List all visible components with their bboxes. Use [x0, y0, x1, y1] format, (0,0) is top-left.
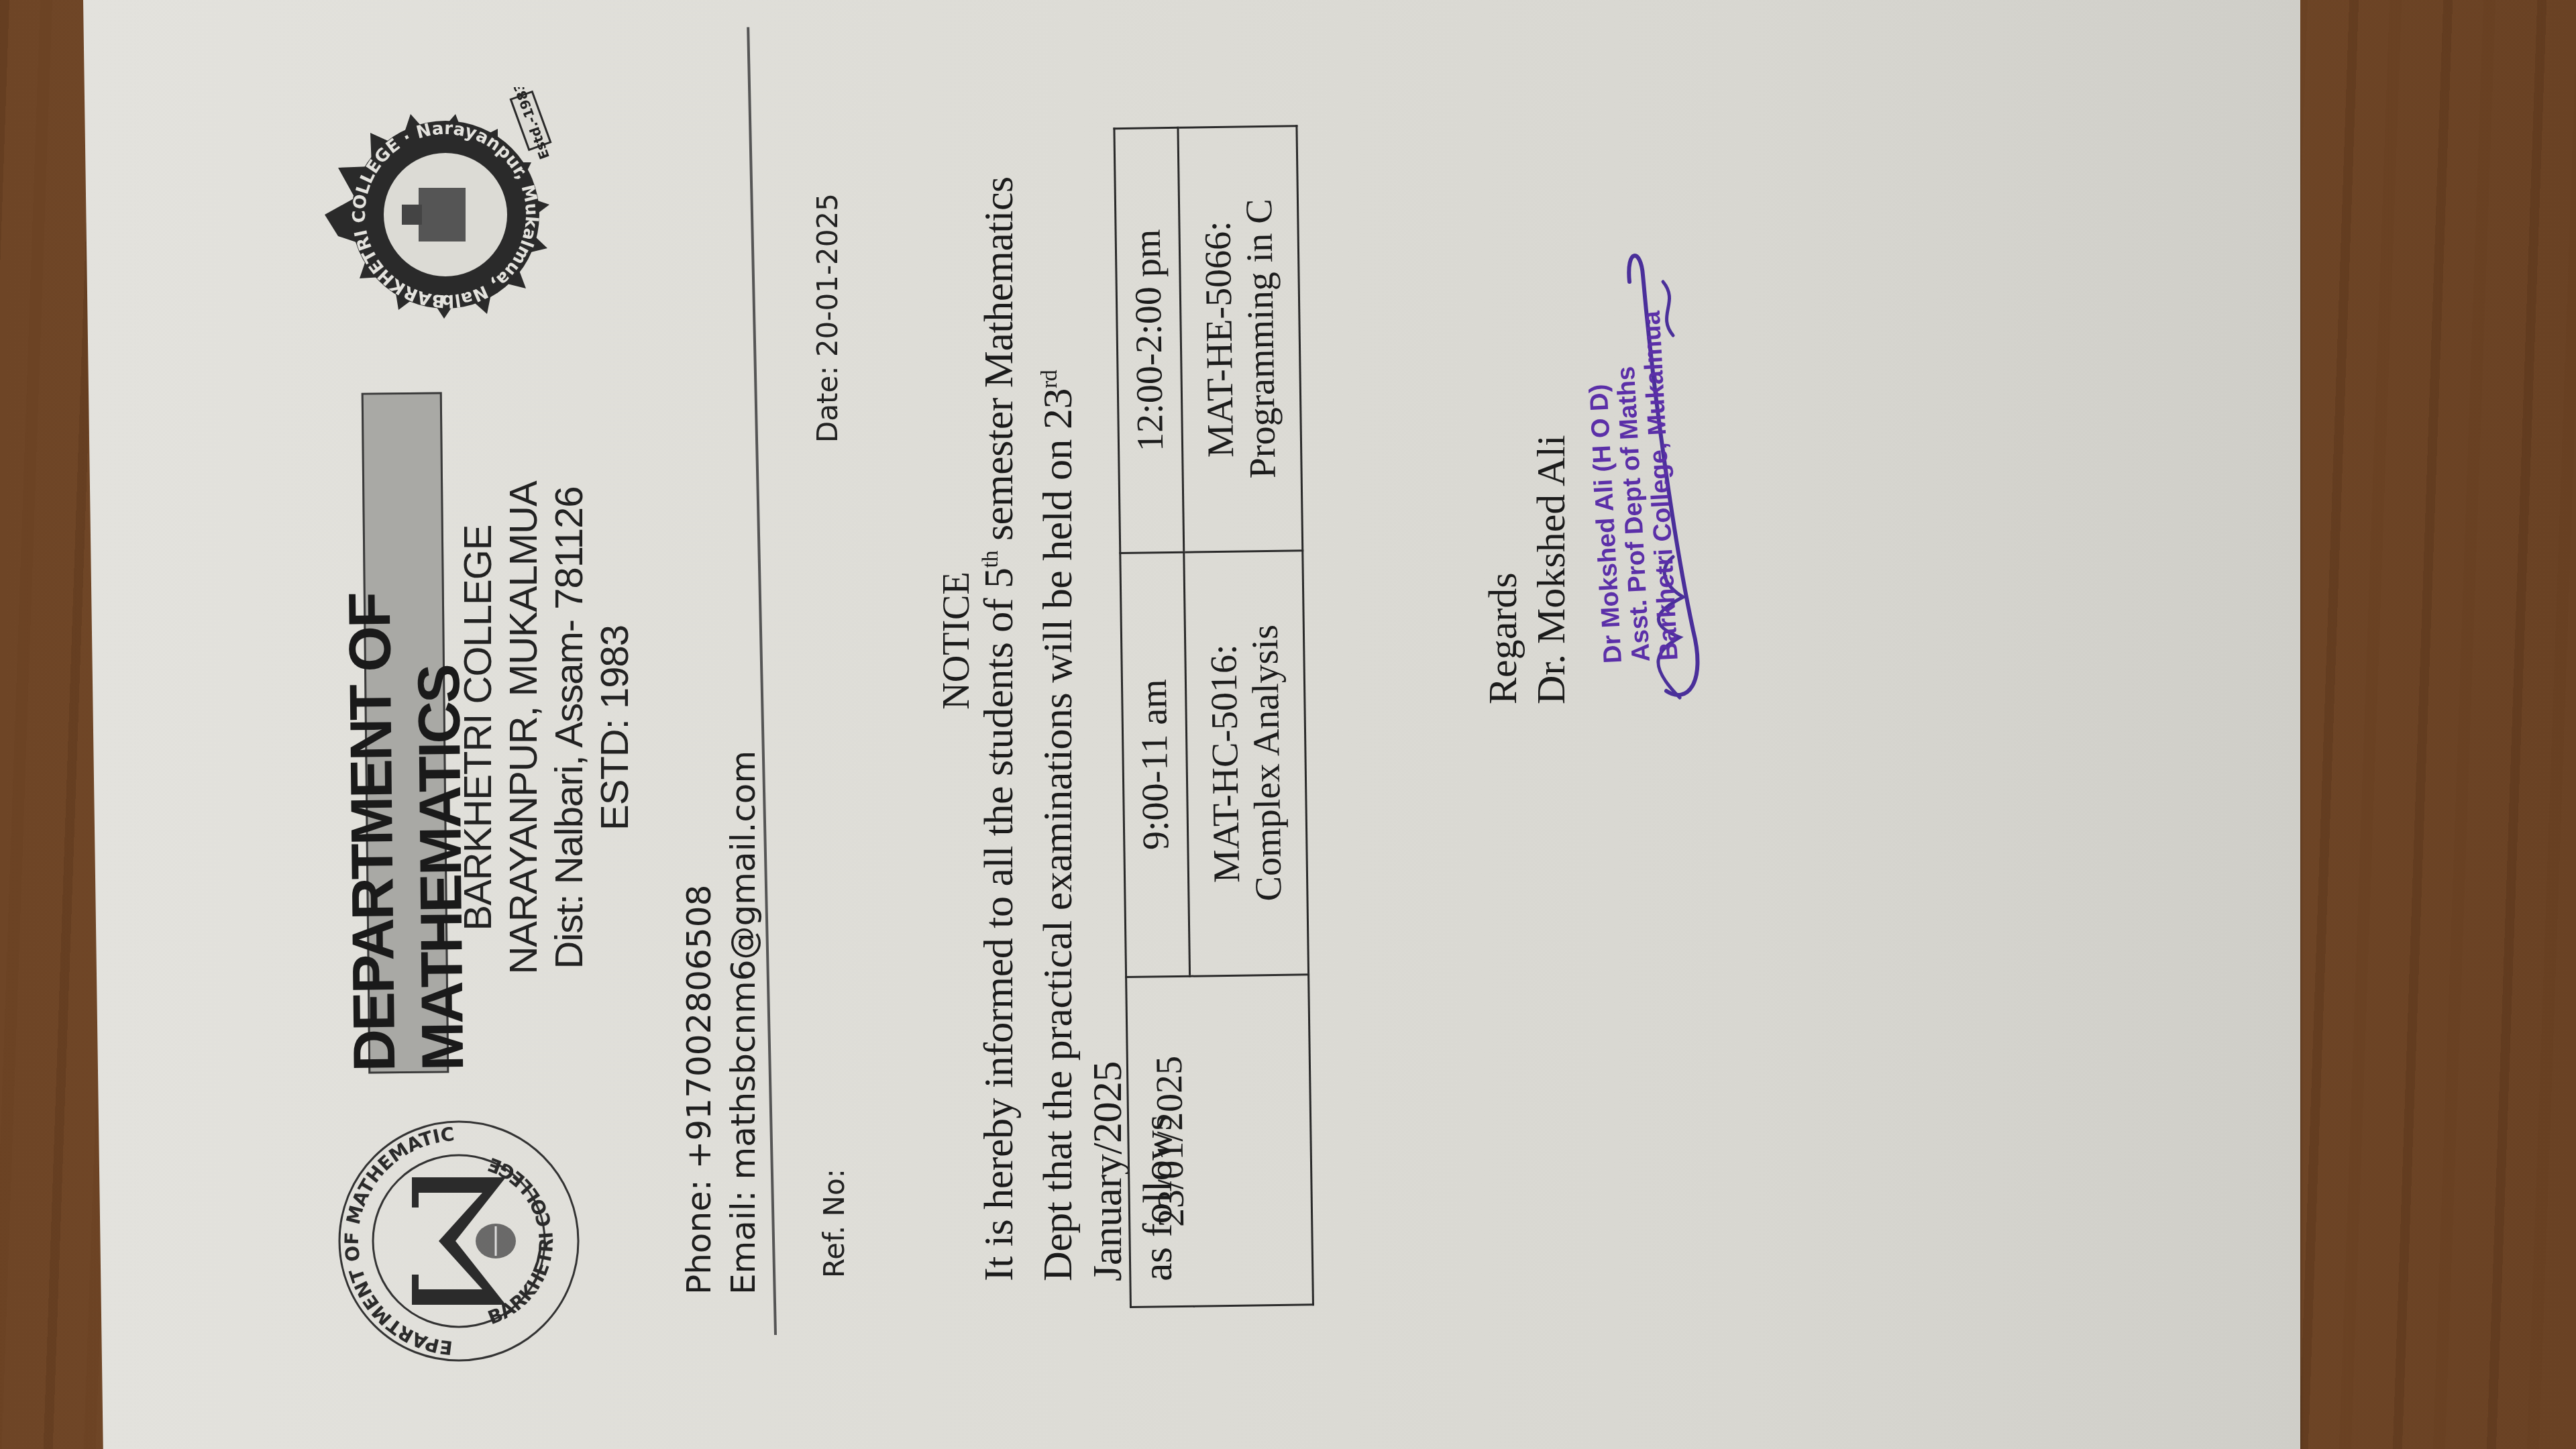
slot-2-time: 12:00-2:00 pm: [1114, 127, 1184, 553]
slot-2-paper: MAT-HE-5066: Programming in C: [1178, 126, 1302, 552]
reference-number: Ref. No:: [818, 1169, 851, 1278]
college-district: Dist: Nalbari, Assam- 781126: [547, 382, 592, 1073]
college-address: BARKHETRI COLLEGE NARAYANPUR, MUKALMUA D…: [455, 382, 638, 1073]
notice-date: Date: 20-01-2025: [811, 193, 844, 443]
svg-text:DEPARTMENT OF MATHEMATICS: DEPARTMENT OF MATHEMATICS: [331, 1123, 455, 1368]
notice-line-1: It is hereby informed to all the student…: [965, 141, 1024, 1281]
notice-document: DEPARTMENT OF MATHEMATICS BARKHETRI COLL…: [83, 0, 2300, 1449]
college-seal-icon: BARKHETRI COLLEGE · Narayanpur, Mukalmua…: [318, 87, 573, 342]
phone-number: Phone: +917002806508: [677, 751, 721, 1295]
slot-1-paper: MAT-HC-5016: Complex Analysis: [1184, 550, 1308, 976]
college-location: NARAYANPUR, MUKALMUA: [501, 382, 547, 1073]
email-address: Email: mathsbcnm6@gmail.com: [721, 751, 765, 1295]
svg-text:Estd.-1983: Estd.-1983: [510, 87, 553, 162]
slot-1-time: 9:00-11 am: [1120, 552, 1190, 977]
math-department-seal-icon: DEPARTMENT OF MATHEMATICS BARKHETRI COLL…: [331, 1114, 586, 1368]
exam-schedule-table: 23/01/2025 9:00-11 am 12:00-2:00 pm MAT-…: [1113, 125, 1314, 1308]
college-established: ESTD: 1983: [592, 382, 638, 1073]
college-name: BARKHETRI COLLEGE: [455, 382, 501, 1073]
department-title: DEPARTMENT OF MATHEMATICS: [362, 392, 449, 1073]
contact-info: Phone: +917002806508 Email: mathsbcnm6@g…: [677, 751, 765, 1295]
exam-date-cell: 23/01/2025: [1126, 975, 1313, 1307]
